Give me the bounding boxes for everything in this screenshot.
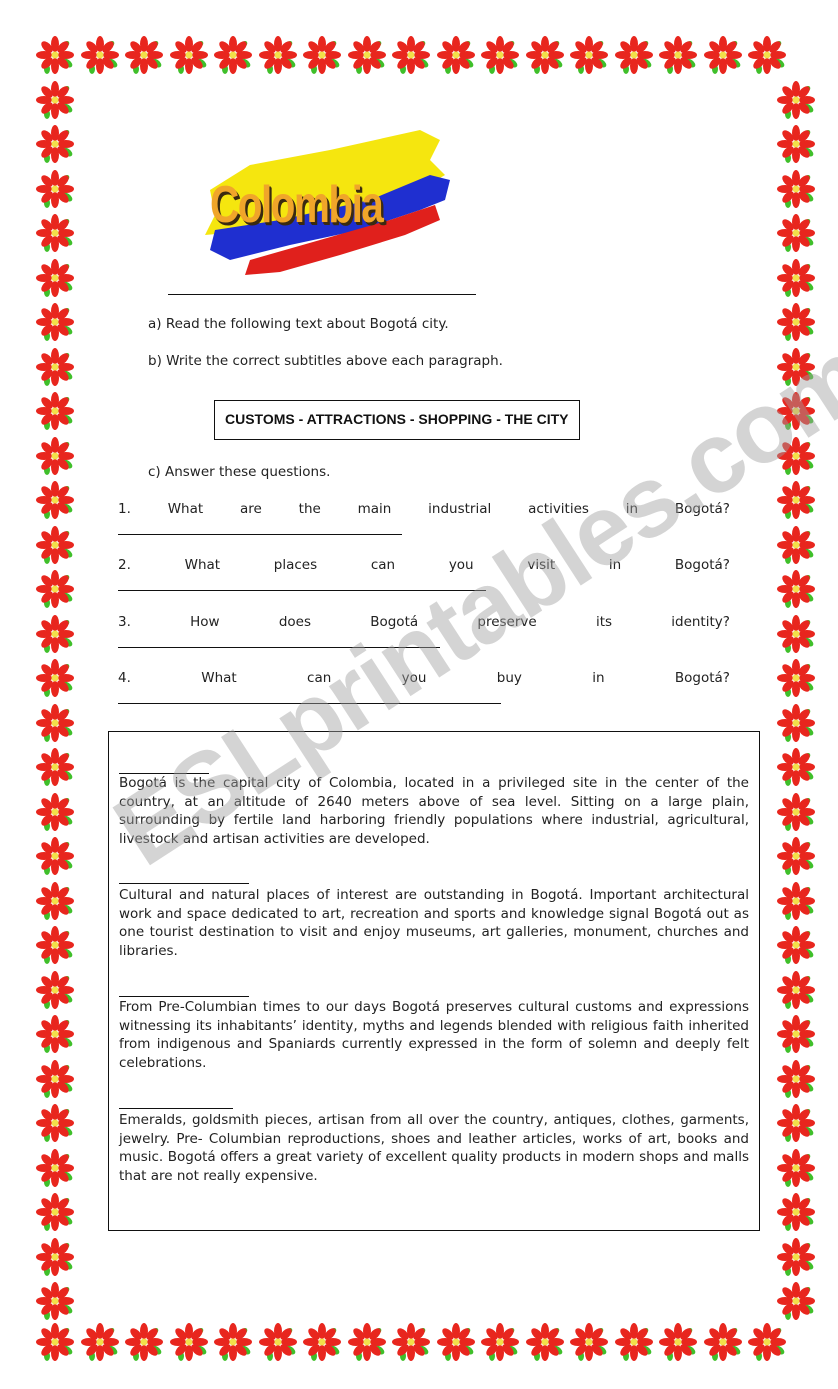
poinsettia-icon <box>747 1322 787 1362</box>
poinsettia-icon <box>124 35 164 75</box>
poinsettia-icon <box>35 1014 75 1054</box>
question-word: in <box>626 501 638 517</box>
poinsettia-icon <box>35 1322 75 1362</box>
question-word: preserve <box>477 614 536 630</box>
question-word: its <box>596 614 612 630</box>
question-word: places <box>274 557 317 573</box>
poinsettia-icon <box>614 35 654 75</box>
poinsettia-icon <box>35 1059 75 1099</box>
question-word: How <box>190 614 219 630</box>
poinsettia-icon <box>35 436 75 476</box>
question-word: does <box>279 614 311 630</box>
paragraph-attractions: Cultural and natural places of interest … <box>119 886 749 961</box>
question-word: 4. <box>118 670 131 686</box>
poinsettia-icon <box>35 836 75 876</box>
logo-text: Colombia <box>210 175 382 235</box>
poinsettia-icon <box>35 302 75 342</box>
poinsettia-icon <box>35 124 75 164</box>
question-word: Bogotá? <box>675 501 730 517</box>
poinsettia-icon <box>258 35 298 75</box>
poinsettia-icon <box>35 391 75 431</box>
question-word: are <box>240 501 262 517</box>
poinsettia-icon <box>169 1322 209 1362</box>
answer-line-1[interactable] <box>118 534 402 535</box>
poinsettia-icon <box>776 80 816 120</box>
poinsettia-icon <box>776 124 816 164</box>
question-word: buy <box>497 670 522 686</box>
poinsettia-icon <box>747 35 787 75</box>
question-word: Bogotá? <box>675 670 730 686</box>
poinsettia-icon <box>480 35 520 75</box>
poinsettia-icon <box>35 525 75 565</box>
poinsettia-icon <box>124 1322 164 1362</box>
answer-line-2[interactable] <box>118 590 486 591</box>
question-word: activities <box>528 501 589 517</box>
poinsettia-icon <box>776 970 816 1010</box>
poinsettia-icon <box>35 213 75 253</box>
answer-line-4[interactable] <box>118 703 501 704</box>
poinsettia-icon <box>776 747 816 787</box>
question-word: visit <box>527 557 555 573</box>
question-2: 2.WhatplacescanyouvisitinBogotá? <box>118 557 730 573</box>
question-word: What <box>201 670 236 686</box>
poinsettia-icon <box>776 1237 816 1277</box>
poinsettia-icon <box>776 569 816 609</box>
poinsettia-icon <box>436 35 476 75</box>
poinsettia-icon <box>213 35 253 75</box>
subtitles-box: CUSTOMS - ATTRACTIONS - SHOPPING - THE C… <box>214 400 580 440</box>
question-word: main <box>358 501 392 517</box>
poinsettia-icon <box>347 35 387 75</box>
poinsettia-icon <box>213 1322 253 1362</box>
poinsettia-icon <box>35 258 75 298</box>
title-line <box>168 294 476 295</box>
subtitle-blank-4[interactable] <box>119 1108 233 1109</box>
poinsettia-icon <box>35 80 75 120</box>
poinsettia-icon <box>35 970 75 1010</box>
poinsettia-icon <box>391 35 431 75</box>
paragraph-customs: From Pre-Columbian times to our days Bog… <box>119 998 749 1073</box>
poinsettia-icon <box>569 35 609 75</box>
poinsettia-icon <box>35 569 75 609</box>
poinsettia-icon <box>776 1103 816 1143</box>
question-word: you <box>402 670 427 686</box>
poinsettia-icon <box>776 614 816 654</box>
question-word: Bogotá <box>370 614 418 630</box>
poinsettia-icon <box>776 1281 816 1321</box>
poinsettia-icon <box>776 347 816 387</box>
question-word: Bogotá? <box>675 557 730 573</box>
poinsettia-icon <box>776 480 816 520</box>
poinsettia-icon <box>35 881 75 921</box>
poinsettia-icon <box>658 35 698 75</box>
poinsettia-icon <box>436 1322 476 1362</box>
paragraph-city: Bogotá is the capital city of Colombia, … <box>119 774 749 849</box>
instruction-a: a) Read the following text about Bogotá … <box>148 316 449 332</box>
poinsettia-icon <box>776 881 816 921</box>
poinsettia-icon <box>35 703 75 743</box>
question-3: 3.HowdoesBogotápreserveitsidentity? <box>118 614 730 630</box>
answer-line-3[interactable] <box>118 647 440 648</box>
poinsettia-icon <box>703 35 743 75</box>
poinsettia-icon <box>776 658 816 698</box>
poinsettia-icon <box>35 614 75 654</box>
question-word: What <box>168 501 203 517</box>
poinsettia-icon <box>80 1322 120 1362</box>
poinsettia-icon <box>347 1322 387 1362</box>
poinsettia-icon <box>525 1322 565 1362</box>
subtitles-text: CUSTOMS - ATTRACTIONS - SHOPPING - THE C… <box>225 406 570 432</box>
poinsettia-icon <box>35 658 75 698</box>
poinsettia-icon <box>258 1322 298 1362</box>
question-word: 2. <box>118 557 131 573</box>
question-word: can <box>307 670 331 686</box>
poinsettia-icon <box>776 1192 816 1232</box>
poinsettia-icon <box>614 1322 654 1362</box>
question-word: the <box>299 501 321 517</box>
subtitle-blank-3[interactable] <box>119 996 249 997</box>
reading-text-box: Bogotá is the capital city of Colombia, … <box>108 731 760 1231</box>
poinsettia-icon <box>35 1192 75 1232</box>
poinsettia-icon <box>658 1322 698 1362</box>
paragraph-shopping: Emeralds, goldsmith pieces, artisan from… <box>119 1111 749 1186</box>
poinsettia-icon <box>776 525 816 565</box>
question-word: 3. <box>118 614 131 630</box>
poinsettia-icon <box>776 925 816 965</box>
poinsettia-icon <box>35 792 75 832</box>
question-4: 4.WhatcanyoubuyinBogotá? <box>118 670 730 686</box>
poinsettia-icon <box>302 1322 342 1362</box>
poinsettia-icon <box>169 35 209 75</box>
colombia-logo: Colombia <box>190 120 460 285</box>
question-word: industrial <box>428 501 491 517</box>
poinsettia-icon <box>776 436 816 476</box>
instruction-b: b) Write the correct subtitles above eac… <box>148 353 503 369</box>
poinsettia-icon <box>35 347 75 387</box>
poinsettia-icon <box>776 836 816 876</box>
question-word: identity? <box>671 614 730 630</box>
poinsettia-icon <box>776 169 816 209</box>
question-word: in <box>592 670 604 686</box>
poinsettia-icon <box>35 1148 75 1188</box>
poinsettia-icon <box>35 480 75 520</box>
question-word: in <box>609 557 621 573</box>
poinsettia-icon <box>776 1148 816 1188</box>
poinsettia-icon <box>35 1103 75 1143</box>
poinsettia-icon <box>569 1322 609 1362</box>
poinsettia-icon <box>35 35 75 75</box>
poinsettia-icon <box>480 1322 520 1362</box>
poinsettia-icon <box>776 302 816 342</box>
question-word: you <box>449 557 474 573</box>
question-word: What <box>185 557 220 573</box>
poinsettia-icon <box>35 747 75 787</box>
poinsettia-icon <box>35 169 75 209</box>
poinsettia-icon <box>776 1014 816 1054</box>
poinsettia-icon <box>776 391 816 431</box>
question-word: can <box>371 557 395 573</box>
instruction-c: c) Answer these questions. <box>148 464 330 480</box>
poinsettia-icon <box>525 35 565 75</box>
poinsettia-icon <box>35 925 75 965</box>
poinsettia-icon <box>776 258 816 298</box>
poinsettia-icon <box>776 213 816 253</box>
poinsettia-icon <box>391 1322 431 1362</box>
poinsettia-icon <box>776 703 816 743</box>
poinsettia-icon <box>776 792 816 832</box>
question-1: 1.WhatarethemainindustrialactivitiesinBo… <box>118 501 730 517</box>
poinsettia-icon <box>703 1322 743 1362</box>
poinsettia-icon <box>35 1281 75 1321</box>
poinsettia-icon <box>35 1237 75 1277</box>
poinsettia-icon <box>302 35 342 75</box>
question-word: 1. <box>118 501 131 517</box>
poinsettia-icon <box>80 35 120 75</box>
subtitle-blank-2[interactable] <box>119 883 249 884</box>
poinsettia-icon <box>776 1059 816 1099</box>
